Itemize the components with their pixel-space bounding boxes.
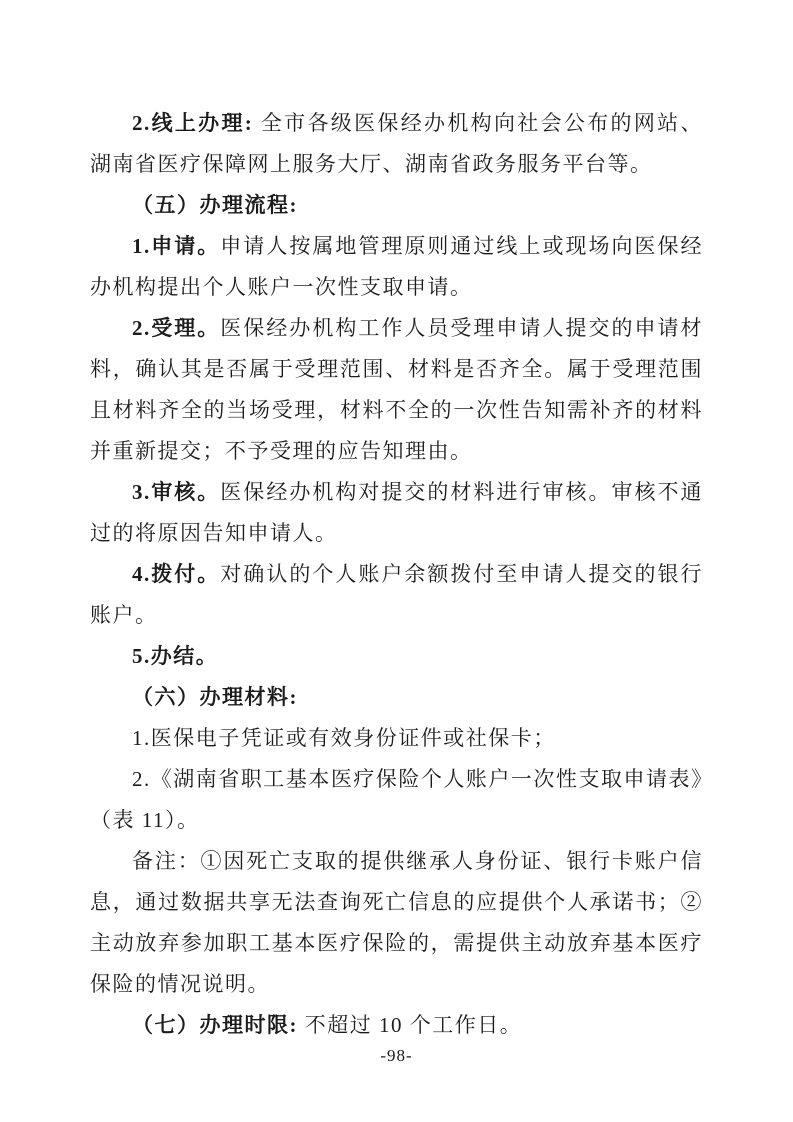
paragraph: 1.申请。申请人按属地管理原则通过线上或现场向医保经办机构提出个人账户一次性支取… bbox=[90, 226, 703, 308]
paragraph-lead: 2.线上办理: bbox=[132, 111, 253, 135]
paragraph: （五）办理流程: bbox=[90, 185, 703, 226]
paragraph: 5.办结。 bbox=[90, 636, 703, 677]
document-page: 2.线上办理: 全市各级医保经办机构向社会公布的网站、湖南省医疗保障网上服务大厅… bbox=[0, 0, 793, 1122]
paragraph-lead: （七）办理时限: bbox=[132, 1013, 298, 1037]
paragraph-lead: （五）办理流程: bbox=[132, 193, 298, 217]
paragraph-lead: 4.拨付。 bbox=[132, 562, 220, 586]
paragraph: 2.《湖南省职工基本医疗保险个人账户一次性支取申请表》（表 11）。 bbox=[90, 759, 703, 841]
paragraph-text: 备注：①因死亡支取的提供继承人身份证、银行卡账户信息，通过数据共享无法查询死亡信… bbox=[90, 849, 703, 996]
paragraph: 4.拨付。对确认的个人账户余额拨付至申请人提交的银行账户。 bbox=[90, 554, 703, 636]
paragraph-lead: （六）办理材料: bbox=[132, 685, 298, 709]
paragraph-text: 2.《湖南省职工基本医疗保险个人账户一次性支取申请表》（表 11）。 bbox=[90, 767, 703, 832]
paragraph: 1.医保电子凭证或有效身份证件或社保卡； bbox=[90, 718, 703, 759]
paragraph: 2.线上办理: 全市各级医保经办机构向社会公布的网站、湖南省医疗保障网上服务大厅… bbox=[90, 103, 703, 185]
document-body: 2.线上办理: 全市各级医保经办机构向社会公布的网站、湖南省医疗保障网上服务大厅… bbox=[90, 103, 703, 1046]
paragraph-lead: 5.办结。 bbox=[132, 644, 218, 668]
page-number: -98- bbox=[0, 1046, 793, 1066]
paragraph: （六）办理材料: bbox=[90, 677, 703, 718]
paragraph-text: 1.医保电子凭证或有效身份证件或社保卡； bbox=[132, 726, 556, 750]
paragraph-lead: 1.申请。 bbox=[132, 234, 220, 258]
paragraph: 2.受理。医保经办机构工作人员受理申请人提交的申请材料，确认其是否属于受理范围、… bbox=[90, 308, 703, 472]
paragraph-lead: 3.审核。 bbox=[132, 480, 220, 504]
paragraph: 备注：①因死亡支取的提供继承人身份证、银行卡账户信息，通过数据共享无法查询死亡信… bbox=[90, 841, 703, 1005]
paragraph: （七）办理时限: 不超过 10 个工作日。 bbox=[90, 1005, 703, 1046]
paragraph-text: 不超过 10 个工作日。 bbox=[298, 1013, 522, 1037]
paragraph: 3.审核。医保经办机构对提交的材料进行审核。审核不通过的将原因告知申请人。 bbox=[90, 472, 703, 554]
paragraph-lead: 2.受理。 bbox=[132, 316, 220, 340]
